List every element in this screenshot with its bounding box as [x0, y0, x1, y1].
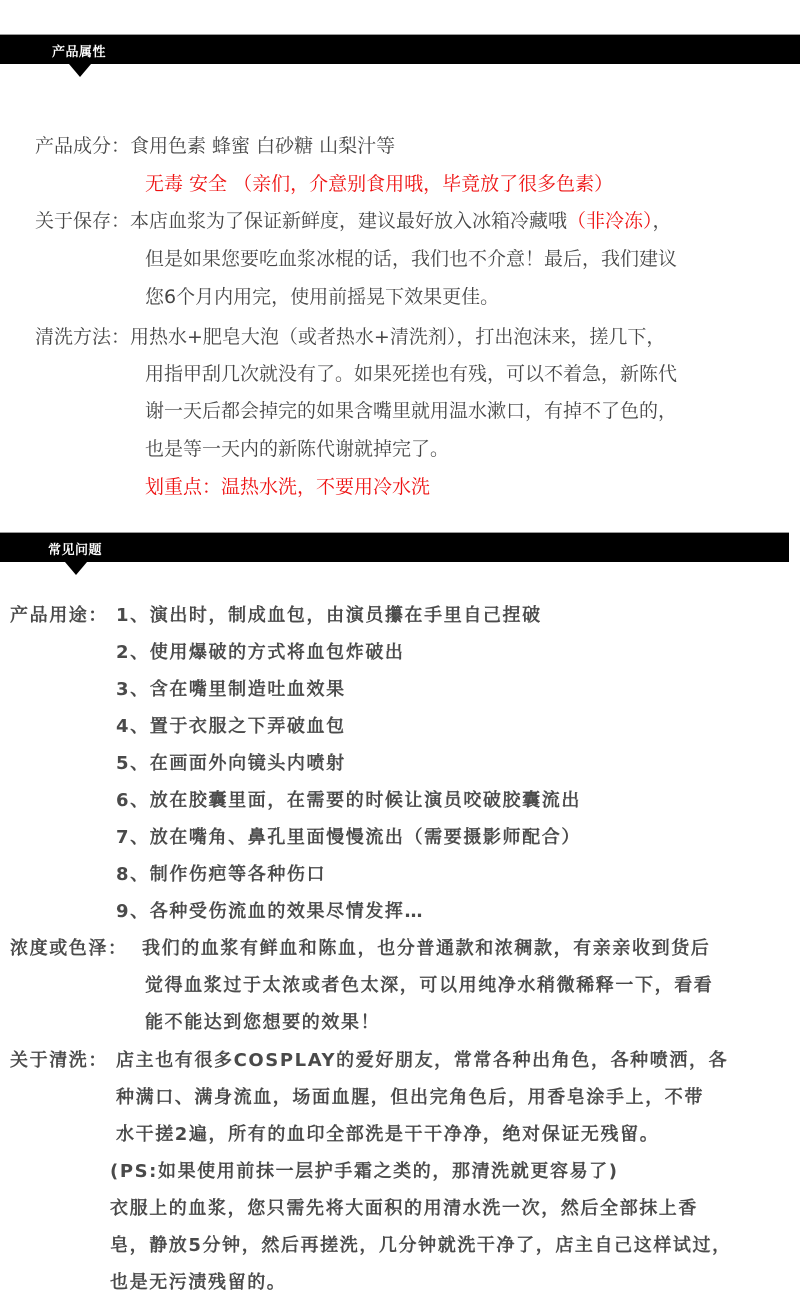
storage-line-3: 您6个月内用完，使用前摇晃下效果更佳。 [145, 285, 499, 309]
concentration-line-1: 我们的血浆有鲜血和陈血，也分普通款和浓稠款，有亲亲收到货后 [142, 937, 710, 961]
uses-item: 7、放在嘴角、鼻孔里面慢慢流出（需要摄影师配合） [116, 826, 581, 850]
uses-item: 4、置于衣服之下弄破血包 [116, 715, 346, 739]
storage-label: 关于保存： [35, 209, 130, 233]
uses-label: 产品用途： [10, 604, 108, 628]
header-pointer-icon [65, 562, 87, 575]
storage-line-1-tail: ， [653, 210, 672, 232]
washing-line-2: 种满口、满身流血，场面血腥，但出完角色后，用香皂涂手上，不带 [116, 1086, 704, 1110]
ingredients-text: 食用色素 蜂蜜 白砂糖 山梨汁等 [130, 135, 395, 157]
washing-line-6: 皂，静放5分钟，然后再搓洗，几分钟就洗干净了，店主自己这样试过， [110, 1234, 732, 1258]
section-title: 产品属性 [52, 41, 106, 60]
section-header-product-attributes: 产品属性 [0, 34, 800, 64]
concentration-line-2: 觉得血浆过于太浓或者色太深，可以用纯净水稍微稀释一下，看看 [145, 974, 713, 998]
section-header-faq: 常见问题 [0, 532, 789, 562]
storage-highlight: （非冷冻） [567, 210, 653, 232]
uses-item: 8、制作伤疤等各种伤口 [116, 863, 326, 887]
section-title: 常见问题 [48, 539, 102, 558]
uses-item: 3、含在嘴里制造吐血效果 [116, 678, 346, 702]
ingredients-label: 产品成分： [35, 134, 130, 158]
cleaning-line-2: 用指甲刮几次就没有了。如果死搓也有残，可以不着急，新陈代 [145, 362, 677, 386]
uses-item: 6、放在胶囊里面，在需要的时候让演员咬破胶囊流出 [116, 789, 581, 813]
cleaning-highlight: 划重点：温热水洗，不要用冷水洗 [145, 475, 430, 499]
washing-line-4: (PS:如果使用前抹一层护手霜之类的，那清洗就更容易了) [110, 1160, 619, 1184]
washing-line-5: 衣服上的血浆，您只需先将大面积的用清水洗一次，然后全部抹上香 [110, 1197, 698, 1221]
safety-warning: 无毒 安全 （亲们，介意别食用哦，毕竟放了很多色素） [145, 172, 613, 196]
uses-item: 9、各种受伤流血的效果尽情发挥… [116, 900, 424, 924]
cleaning-line-3: 谢一天后都会掉完的如果含嘴里就用温水漱口，有掉不了色的， [145, 399, 677, 423]
washing-line-1: 店主也有很多COSPLAY的爱好朋友，常常各种出角色，各种喷洒，各 [116, 1049, 728, 1073]
storage-line-1: 本店血浆为了保证新鲜度，建议最好放入冰箱冷藏哦 [130, 210, 567, 232]
storage-row: 关于保存：本店血浆为了保证新鲜度，建议最好放入冰箱冷藏哦（非冷冻）， [35, 209, 672, 233]
cleaning-line-1: 用热水+肥皂大泡（或者热水+清洗剂），打出泡沫来，搓几下， [130, 326, 665, 348]
storage-line-2: 但是如果您要吃血浆冰棍的话，我们也不介意！最后，我们建议 [145, 247, 677, 271]
washing-line-3: 水干搓2遍，所有的血印全部洗是干干净净，绝对保证无残留。 [116, 1123, 659, 1147]
uses-item: 1、演出时，制成血包，由演员攥在手里自己捏破 [116, 604, 542, 628]
uses-item: 2、使用爆破的方式将血包炸破出 [116, 641, 405, 665]
ingredients-row: 产品成分：食用色素 蜂蜜 白砂糖 山梨汁等 [35, 134, 395, 158]
cleaning-row: 清洗方法：用热水+肥皂大泡（或者热水+清洗剂），打出泡沫来，搓几下， [35, 325, 665, 349]
cleaning-label: 清洗方法： [35, 325, 130, 349]
washing-label: 关于清洗： [10, 1049, 108, 1073]
washing-line-7: 也是无污渍残留的。 [110, 1271, 286, 1295]
uses-item: 5、在画面外向镜头内喷射 [116, 752, 346, 776]
concentration-line-3: 能不能达到您想要的效果！ [145, 1011, 380, 1035]
cleaning-line-4: 也是等一天内的新陈代谢就掉完了。 [145, 437, 449, 461]
header-pointer-icon [69, 64, 91, 77]
concentration-label: 浓度或色泽： [10, 937, 128, 961]
